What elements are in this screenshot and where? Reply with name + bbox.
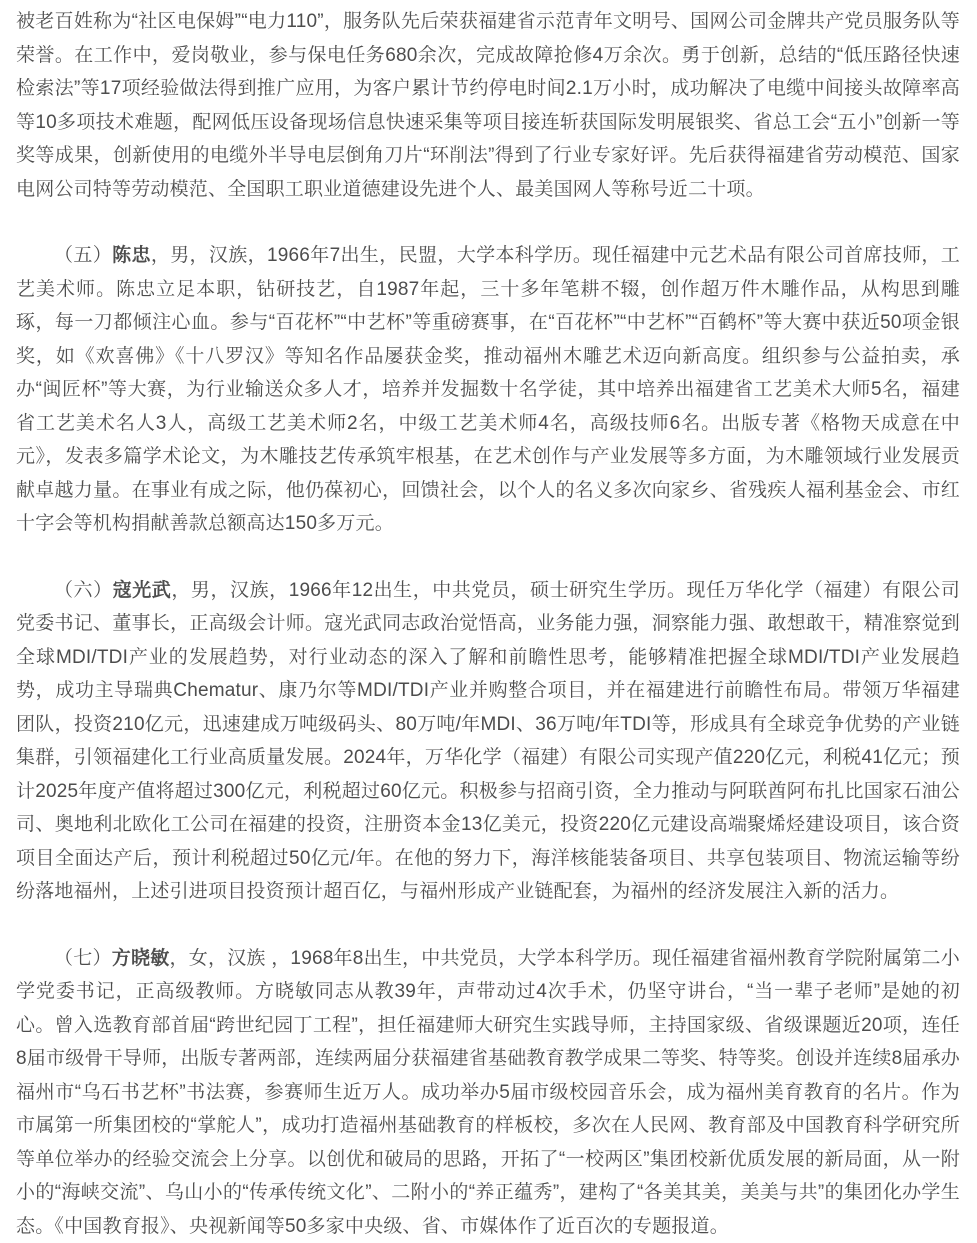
person-name: 方晓敏 <box>112 948 170 969</box>
paragraph-service-team: 被老百姓称为“社区电保姆”“电力110”，服务队先后荣获福建省示范青年文明号、国… <box>16 5 960 206</box>
paragraph-item-7-fang-xiaomin: （七）方晓敏，女，汉族 ，1968年8出生，中共党员，大学本科学历。现任福建省福… <box>16 942 960 1243</box>
paragraph-text: 被老百姓称为“社区电保姆”“电力110”，服务队先后荣获福建省示范青年文明号、国… <box>16 11 960 200</box>
person-name: 寇光武 <box>113 580 172 601</box>
item-number: （五） <box>54 245 112 266</box>
person-name: 陈忠 <box>112 245 151 266</box>
item-number: （六） <box>54 580 113 601</box>
paragraph-text: ，女，汉族 ，1968年8出生，中共党员，大学本科学历。现任福建省福州教育学院附… <box>16 948 960 1237</box>
paragraph-item-5-chen-zhong: （五）陈忠，男，汉族，1966年7出生，民盟，大学本科学历。现任福建中元艺术品有… <box>16 239 960 541</box>
paragraph-item-6-kou-guangwu: （六）寇光武，男，汉族，1966年12出生，中共党员，硕士研究生学历。现任万华化… <box>16 574 960 909</box>
item-number: （七） <box>54 948 112 969</box>
paragraph-text: ，男，汉族，1966年7出生，民盟，大学本科学历。现任福建中元艺术品有限公司首席… <box>16 245 960 534</box>
paragraph-text: ，男，汉族，1966年12出生，中共党员，硕士研究生学历。现任万华化学（福建）有… <box>16 580 960 903</box>
document-body: 被老百姓称为“社区电保姆”“电力110”，服务队先后荣获福建省示范青年文明号、国… <box>0 0 977 1243</box>
